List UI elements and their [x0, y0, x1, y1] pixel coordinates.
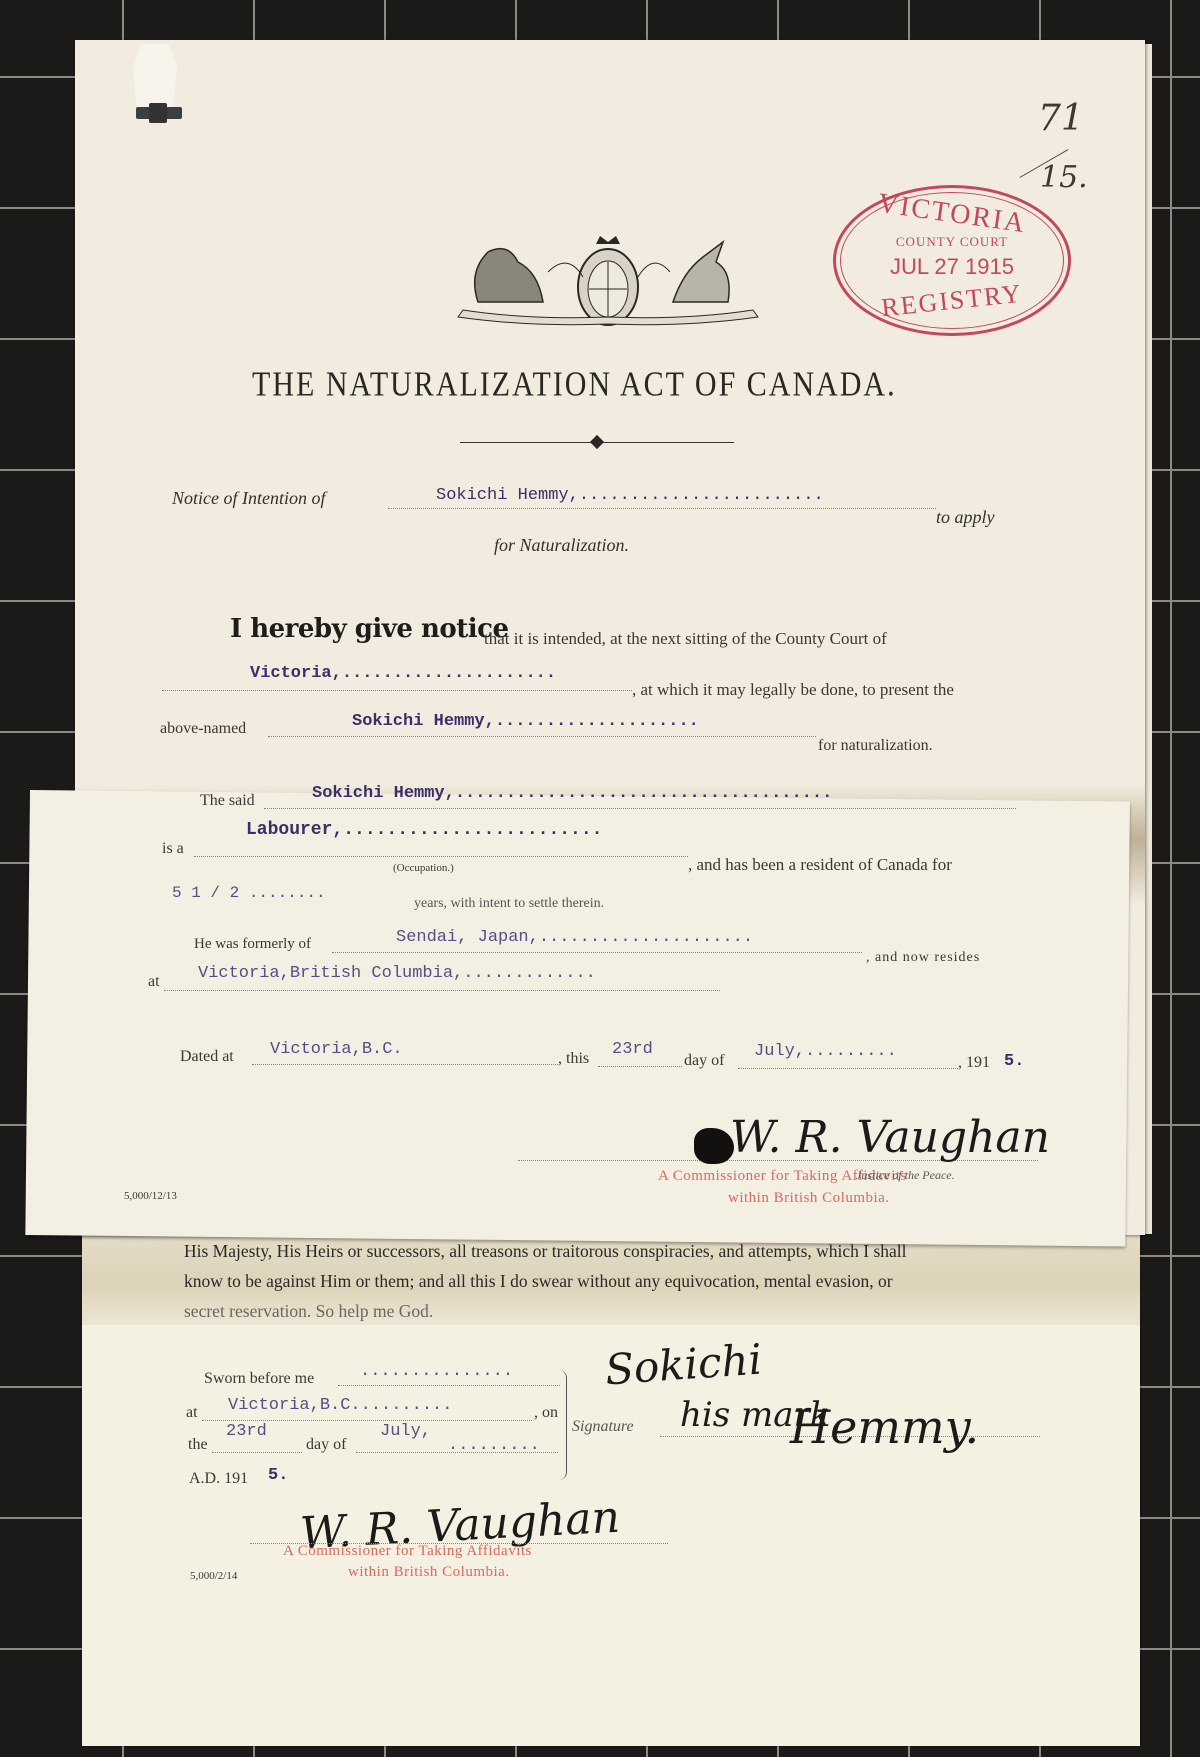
commissioner-signature-notice: W. R. Vaughan — [730, 1112, 1050, 1163]
years-text: years, with intent to settle therein. — [414, 896, 604, 912]
residence-at-label: at — [148, 973, 160, 991]
for-naturalization-text: for naturalization. — [818, 737, 933, 755]
document-title: THE NATURALIZATION ACT OF CANADA. — [252, 365, 897, 404]
signature-label: Signature — [572, 1418, 634, 1436]
binding-clip-icon — [136, 107, 182, 119]
notice-lower-flap — [25, 790, 1130, 1246]
commissioner-notice-title-2: within British Columbia. — [728, 1190, 890, 1207]
years-value: 5 1 / 2 ........ — [172, 884, 326, 902]
formerly-label: He was formerly of — [194, 936, 311, 953]
formerly-value: Sendai, Japan,..................... — [396, 928, 753, 947]
royal-coat-of-arms-icon — [448, 232, 768, 332]
month-line — [738, 1068, 958, 1069]
dated-at-value: Victoria,B.C. — [270, 1040, 403, 1059]
court-suffix: , at which it may legally be done, to pr… — [632, 680, 954, 700]
occupation-value: Labourer,........................ — [246, 820, 602, 840]
commissioner-oath-title-2: within British Columbia. — [348, 1564, 510, 1581]
justice-overprint: Justice of the Peace. — [856, 1168, 955, 1183]
occupation-caption: (Occupation.) — [393, 862, 454, 874]
handwritten-number-bottom: 15. — [1040, 160, 1088, 195]
occupation-line — [194, 856, 688, 857]
this-label: , this — [558, 1050, 589, 1068]
sworn-at-line — [202, 1420, 532, 1421]
intro-text: that it is intended, at the next sitting… — [484, 629, 887, 649]
notice-form-number: 5,000/12/13 — [124, 1190, 177, 1202]
court-location-line — [162, 690, 632, 691]
stamp-line-2: COUNTY COURT — [836, 234, 1068, 250]
sworn-day-of-label: day of — [306, 1436, 346, 1454]
sworn-day-line — [212, 1452, 302, 1453]
oath-form-number: 5,000/2/14 — [190, 1570, 237, 1582]
residence-value: Victoria,British Columbia,............. — [198, 964, 596, 983]
is-a-label: is a — [162, 840, 184, 858]
oath-line-4: secret reservation. So help me God. — [184, 1296, 433, 1326]
resident-text: , and has been a resident of Canada for — [688, 855, 952, 875]
handwritten-number-top: 71 — [1038, 98, 1084, 139]
sworn-day-value: 23rd — [226, 1422, 267, 1441]
commissioner-oath-title-1: A Commissioner for Taking Affidavits — [283, 1543, 532, 1560]
day-line — [598, 1066, 682, 1067]
stamp-date: JUL 27 1915 — [836, 254, 1068, 280]
sworn-bracket — [520, 1370, 567, 1480]
year-prefix: , 191 — [958, 1054, 990, 1072]
court-location-value: Victoria,..................... — [250, 664, 556, 683]
oath-line-3: know to be against Him or them; and all … — [184, 1266, 1042, 1296]
applicant-line — [388, 508, 936, 509]
notice-heading-suffix: to apply — [936, 507, 995, 528]
notice-heading-line2: for Naturalization. — [494, 535, 629, 556]
day-of-label: day of — [684, 1052, 724, 1070]
residence-line — [164, 990, 720, 991]
notice-heading-prefix: Notice of Intention of — [172, 488, 325, 509]
month-value: July,......... — [754, 1042, 897, 1061]
the-said-line — [264, 808, 1016, 809]
the-said-label: The said — [200, 792, 255, 810]
sworn-ad-value: 5. — [268, 1466, 288, 1485]
formerly-line — [332, 952, 862, 953]
dated-at-label: Dated at — [180, 1048, 234, 1066]
sworn-ad-label: A.D. 191 — [189, 1470, 248, 1488]
intro-blackletter: I hereby give notice — [230, 614, 509, 644]
ink-blot — [694, 1128, 734, 1164]
sworn-the-label: the — [188, 1436, 208, 1454]
the-said-value: Sokichi Hemmy,..........................… — [312, 784, 832, 803]
registry-stamp: VICTORIA COUNTY COURT JUL 27 1915 REGIST… — [833, 185, 1071, 336]
above-named-value: Sokichi Hemmy,.................... — [352, 712, 699, 731]
year-suffix: 5. — [1004, 1052, 1024, 1071]
sworn-before-label: Sworn before me — [204, 1370, 314, 1388]
day-value: 23rd — [612, 1040, 653, 1059]
above-named-line — [268, 736, 816, 737]
above-named-label: above-named — [160, 720, 246, 738]
sworn-at-label: at — [186, 1404, 198, 1422]
sworn-month-value: July, — [380, 1422, 431, 1441]
sworn-before-value: ............... — [360, 1362, 513, 1381]
applicant-name-heading: Sokichi Hemmy,........................ — [436, 486, 824, 505]
dated-at-line — [252, 1064, 558, 1065]
applicant-signature-last: Hemmy. — [790, 1400, 979, 1454]
now-resides-text: , and now resides — [866, 950, 980, 966]
sworn-at-value: Victoria,B.C.......... — [228, 1396, 452, 1415]
